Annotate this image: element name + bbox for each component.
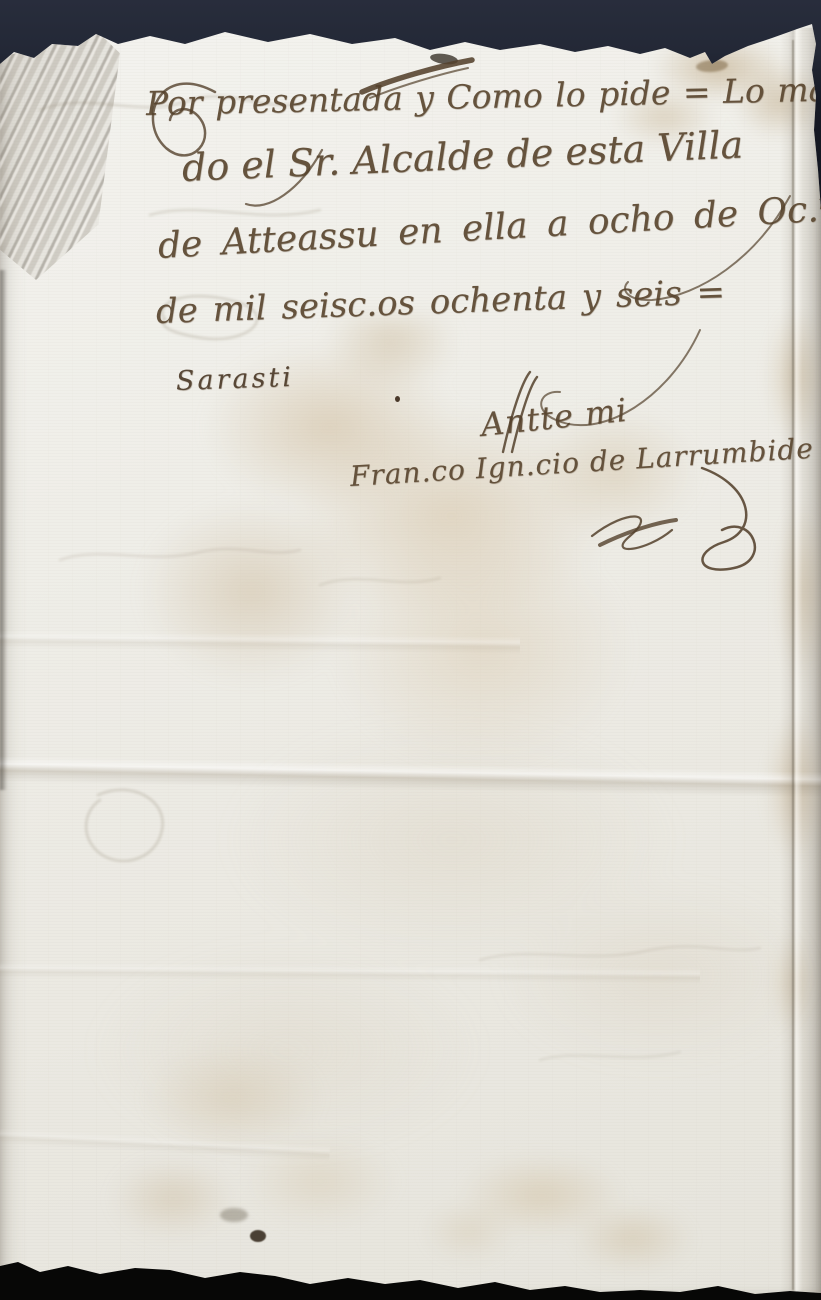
ink-smudge [220, 1208, 248, 1222]
manuscript-scan: Por presentada y Como lo pide = Lo man d… [0, 0, 821, 1300]
paper-sheet: Por presentada y Como lo pide = Lo man d… [0, 0, 821, 1300]
left-edge-shadow [0, 270, 7, 790]
ink-spot [395, 396, 400, 402]
ink-spot [250, 1230, 266, 1242]
marginal-name-text: Sarasti [175, 362, 294, 397]
water-stain-bottom-center [378, 1118, 742, 1290]
marginal-name: Sarasti [175, 362, 294, 397]
